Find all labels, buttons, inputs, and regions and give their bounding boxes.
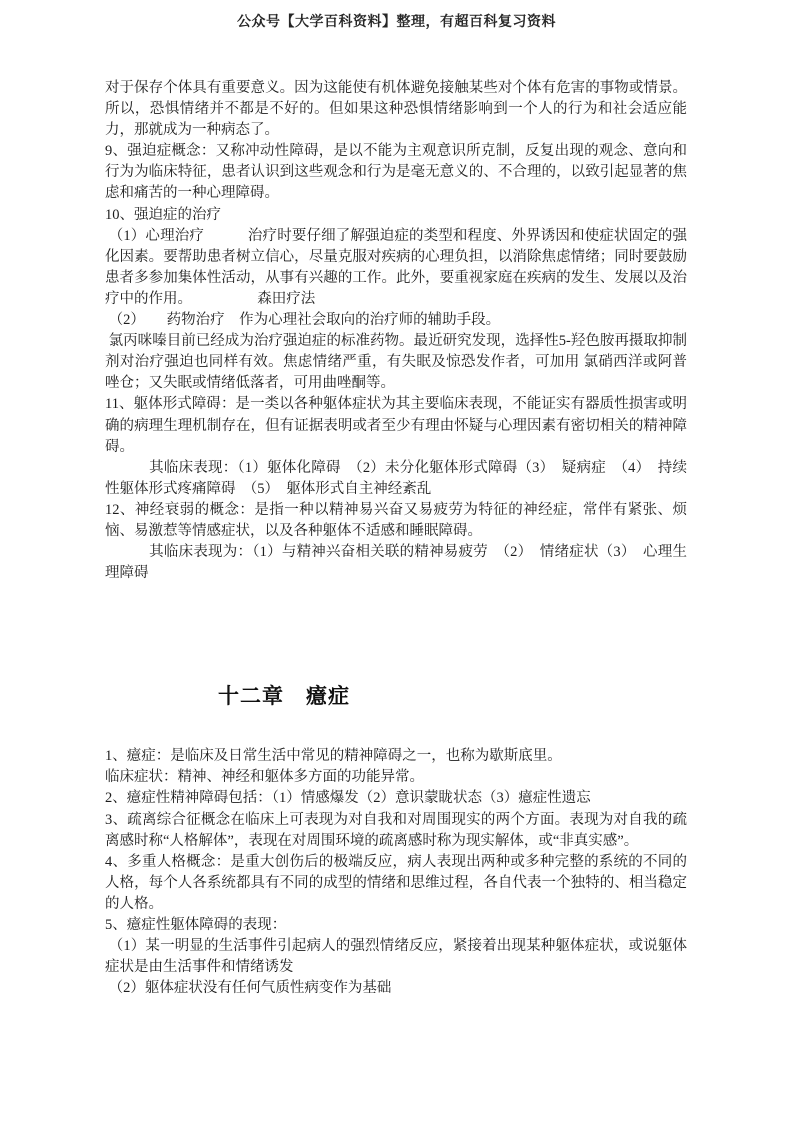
- document-body: 对于保存个体具有重要意义。因为这能使有机体避免接触某些对个体有危害的事物或情景。…: [105, 78, 687, 999]
- paragraph: （1）某一明显的生活事件引起病人的强烈情绪反应，紧接着出现某种躯体症状，或说躯体…: [105, 936, 687, 978]
- paragraph: 对于保存个体具有重要意义。因为这能使有机体避免接触某些对个体有危害的事物或情景。…: [105, 78, 687, 141]
- paragraph: （1）心理治疗 治疗时要仔细了解强迫症的类型和程度、外界诱因和使症状固定的强化因…: [105, 226, 687, 310]
- page-header-text: 公众号【大学百科资料】整理，有超百科复习资料: [0, 11, 793, 31]
- paragraph: 3、疏离综合征概念在临床上可表现为对自我和对周围现实的两个方面。表现为对自我的疏…: [105, 810, 687, 852]
- paragraph: 临床症状：精神、神经和躯体多方面的功能异常。: [105, 767, 687, 788]
- paragraph: 其临床表现为：（1）与精神兴奋相关联的精神易疲劳 （2） 情绪症状（3） 心理生…: [105, 542, 687, 584]
- paragraph: 10、强迫症的治疗: [105, 205, 687, 226]
- paragraph: 9、强迫症概念：又称冲动性障碍，是以不能为主观意识所克制，反复出现的观念、意向和…: [105, 141, 687, 204]
- chapter-title: 十二章 癔症: [105, 681, 687, 711]
- paragraph: 其临床表现：（1）躯体化障碍 （2）未分化躯体形式障碍（3） 疑病症 （4） 持…: [105, 458, 687, 500]
- document-page: 公众号【大学百科资料】整理，有超百科复习资料 对于保存个体具有重要意义。因为这能…: [0, 0, 793, 1122]
- paragraph: 11、躯体形式障碍：是一类以各种躯体症状为其主要临床表现，不能证实有器质性损害或…: [105, 394, 687, 457]
- paragraph: （2） 药物治疗 作为心理社会取向的治疗师的辅助手段。: [105, 310, 687, 331]
- paragraph: 5、癔症性躯体障碍的表现：: [105, 915, 687, 936]
- paragraph: 12、神经衰弱的概念：是指一种以精神易兴奋又易疲劳为特征的神经症，常伴有紧张、烦…: [105, 500, 687, 542]
- paragraph: 氯丙咪嗪目前已经成为治疗强迫症的标准药物。最近研究发现，选择性5-羟色胺再摄取抑…: [105, 331, 687, 394]
- paragraph: 1、癔症：是临床及日常生活中常见的精神障碍之一，也称为歇斯底里。: [105, 746, 687, 767]
- paragraph: 2、癔症性精神障碍包括：（1）情感爆发（2）意识蒙眬状态（3）癔症性遗忘: [105, 788, 687, 809]
- paragraph: 4、多重人格概念：是重大创伤后的极端反应，病人表现出两种或多种完整的系统的不同的…: [105, 852, 687, 915]
- paragraph: （2）躯体症状没有任何气质性病变作为基础: [105, 978, 687, 999]
